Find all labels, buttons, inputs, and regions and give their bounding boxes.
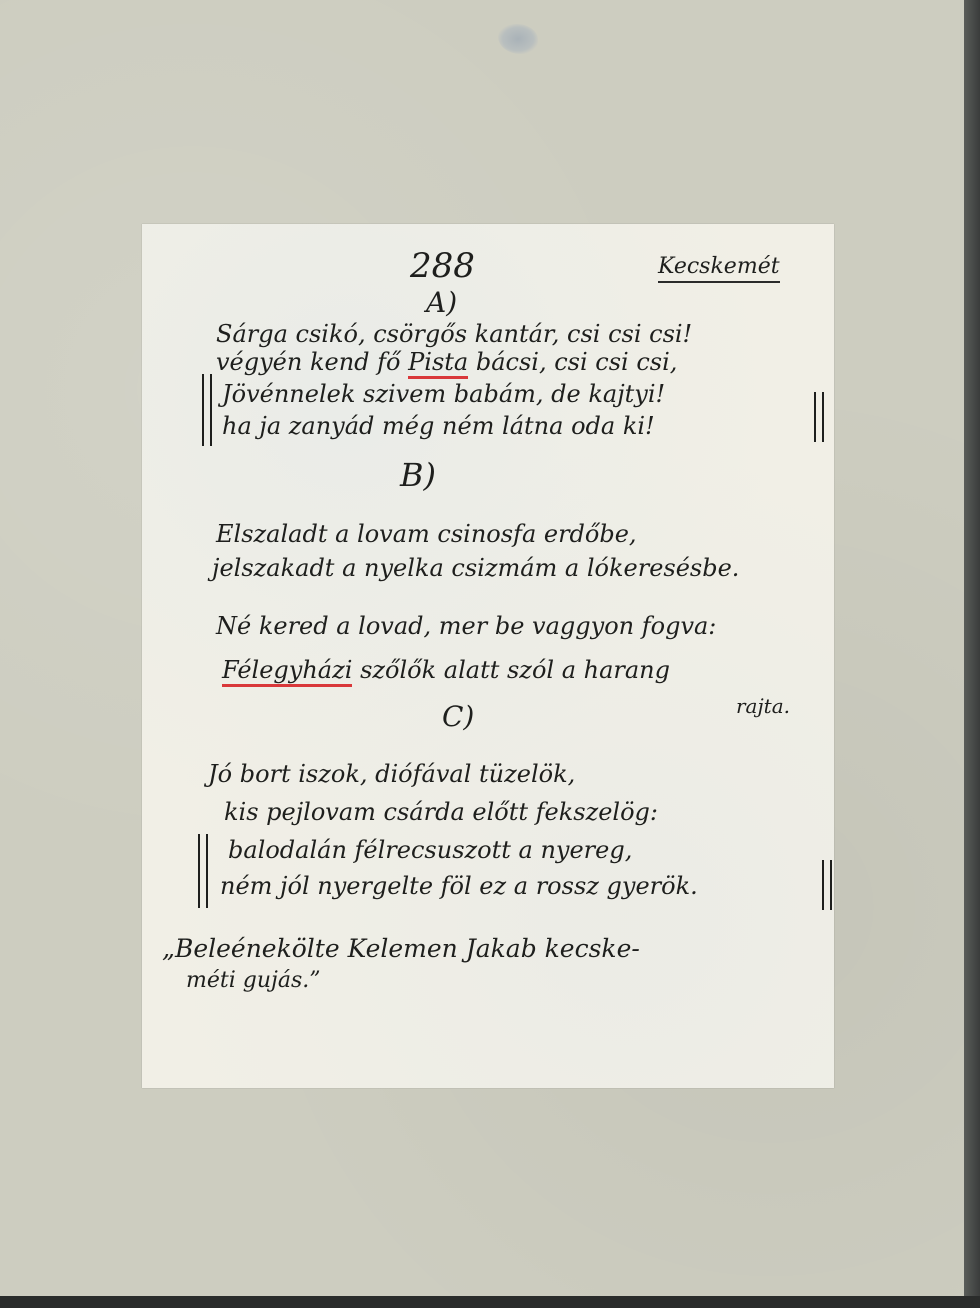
section-c-line-3: balodalán félrecsuszott a nyereg,	[228, 836, 632, 864]
section-a-line-4: ha ja zanyád még ném látna oda ki!	[222, 412, 655, 440]
attribution-line-2: méti gujás.”	[186, 968, 320, 993]
section-a-label: A)	[426, 286, 457, 319]
section-a-line-3: Jövénnelek szivem babám, de kajtyi!	[222, 380, 665, 408]
section-b-line-2: jelszakadt a nyelka csizmám a lókeresésb…	[212, 554, 739, 582]
section-a-line-2-rest: bácsi, csi csi csi,	[468, 348, 677, 376]
section-a-line-2-text: végyén kend fő	[216, 348, 408, 376]
section-a-line-1: Sárga csikó, csörgős kantár, csi csi csi…	[216, 320, 692, 348]
red-underlined-word: Pista	[408, 348, 468, 379]
mount-card: 288 Kecskemét A) Sárga csikó, csörgős ka…	[0, 0, 964, 1296]
section-b-label: B)	[400, 456, 436, 494]
attribution-line-1: „Beleénekölte Kelemen Jakab kecske-	[162, 934, 640, 963]
section-c-line-2: kis pejlovam csárda előtt fekszelög:	[224, 798, 658, 826]
repeat-sign-start	[202, 374, 212, 446]
mount-right-edge	[964, 0, 980, 1308]
repeat-sign-end	[822, 860, 832, 910]
section-c-line-4: ném jól nyergelte föl ez a rossz gyerök.	[220, 872, 698, 900]
section-a-line-2: végyén kend fő Pista bácsi, csi csi csi,	[216, 348, 677, 376]
mount-bottom-edge	[0, 1296, 980, 1308]
section-b-line-4: Félegyházi szőlők alatt szól a harang	[222, 656, 670, 684]
repeat-sign-end	[814, 392, 824, 442]
section-c-line-1: Jó bort iszok, diófával tüzelök,	[208, 760, 575, 788]
section-b-line-4-rest: szőlők alatt szól a harang	[352, 656, 670, 684]
section-b-line-3: Né kered a lovad, mer be vaggyon fogva:	[216, 612, 716, 640]
section-c-label: C)	[442, 700, 474, 733]
place-name: Kecskemét	[658, 254, 780, 283]
repeat-sign-start	[198, 834, 208, 908]
section-b-line-1: Elszaladt a lovam csinosfa erdőbe,	[216, 520, 637, 548]
red-underlined-word: Félegyházi	[222, 656, 352, 687]
section-b-line-5: rajta.	[736, 694, 790, 718]
song-number: 288	[410, 246, 475, 286]
manuscript-sheet: 288 Kecskemét A) Sárga csikó, csörgős ka…	[142, 224, 834, 1088]
stain-mark	[498, 24, 538, 54]
